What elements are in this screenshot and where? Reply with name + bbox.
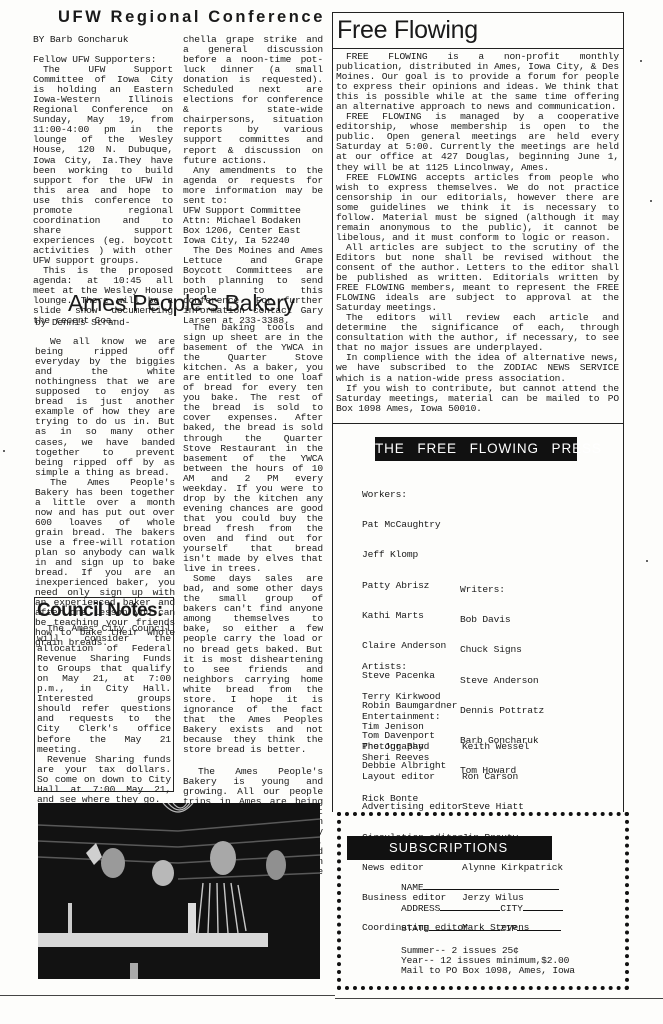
zip-blank[interactable] (517, 922, 561, 931)
ff-paragraph: FREE FLOWING is a non-profit monthly pub… (336, 52, 619, 112)
address-blank[interactable] (440, 902, 500, 911)
staff-name: Kathi Marts (362, 611, 457, 621)
ufw-headline: UFW Regional Conference (58, 8, 288, 27)
print-speck (650, 200, 652, 202)
workers-label: Workers: (362, 490, 457, 500)
ufw-article-col-2: chella grape strike and a general discus… (183, 35, 323, 326)
staff-name: Steve Anderson (460, 676, 544, 686)
ff-paragraph: In complience with the idea of alternati… (336, 353, 619, 383)
address-label: ADDRESS (401, 903, 440, 914)
name-blank[interactable] (423, 881, 559, 890)
state-label: STATE (401, 923, 429, 934)
ufw-article-col-1: BY Barb Goncharuk Fellow UFW Supporters:… (33, 35, 173, 326)
state-zip-fields[interactable]: STATEZIP (401, 922, 561, 934)
entertainment-label: Entertainment: (362, 712, 441, 722)
city-label: CITY (500, 903, 522, 914)
bakery-paragraph: The baking tools and sign up sheet are i… (183, 323, 323, 574)
ufw-paragraph: chella grape strike and a general discus… (183, 35, 323, 166)
ff-paragraph: All articles are subject to the scrutiny… (336, 243, 619, 313)
rate-line: Mail to PO Box 1098, Ames, Iowa (401, 966, 575, 976)
bakery-paragraph: We all know we are being ripped off ever… (35, 337, 175, 478)
press-staff-box: THE FREE FLOWING PRESS Workers: Pat McCa… (332, 424, 624, 812)
name-field[interactable]: NAME (401, 881, 559, 893)
council-paragraph: Revenue Sharing funds are your tax dolla… (37, 755, 171, 805)
ff-paragraph: If you wish to contribute, but cannot at… (336, 384, 619, 414)
press-banner: THE FREE FLOWING PRESS (375, 437, 577, 461)
state-blank[interactable] (429, 922, 500, 931)
ff-paragraph: FREE FLOWING accepts articles from peopl… (336, 173, 619, 243)
bottom-rule-right (335, 998, 663, 999)
staff-name: Pat McCaughtry (362, 520, 457, 530)
bakery-group-photo (38, 803, 320, 979)
council-notes-box: Council Notes: The Ames City Council wil… (34, 597, 174, 792)
council-paragraph: The Ames City Council will consider the … (37, 624, 171, 755)
name-label: NAME (401, 882, 423, 893)
zip-label: ZIP (500, 923, 517, 934)
role-row: Layout editorRon Carson (362, 772, 563, 782)
role-row: PhotographyKeith Wessel (362, 742, 563, 752)
bakery-headline: Ames People’s Bakery (68, 290, 295, 317)
subscription-coupon: SUBSCRIPTIONS NAME ADDRESSCITY STATEZIP … (337, 812, 629, 990)
address-city-fields[interactable]: ADDRESSCITY (401, 902, 563, 914)
writers-label: Writers: (460, 585, 544, 595)
ff-paragraph: FREE FLOWING is managed by a cooperative… (336, 112, 619, 172)
role-row: Advertising editorSteve Hiatt (362, 802, 563, 812)
bakery-paragraph: Some days sales are bad, and some other … (183, 574, 323, 755)
print-speck (640, 60, 642, 62)
city-blank[interactable] (523, 902, 563, 911)
print-speck (646, 560, 648, 562)
print-speck (3, 450, 5, 452)
free-flowing-box: Free Flowing FREE FLOWING is a non-profi… (332, 12, 624, 424)
staff-name: Bob Davis (460, 615, 544, 625)
staff-name: Chuck Signs (460, 645, 544, 655)
ff-paragraph: The editors will review each article and… (336, 313, 619, 353)
staff-name: Dennis Pottratz (460, 706, 544, 716)
ufw-paragraph: Any amendments to the agenda or requests… (183, 166, 323, 206)
bakery-byline: by Dennis Strand- (35, 318, 175, 328)
photo-image (38, 803, 320, 979)
subscriptions-banner: SUBSCRIPTIONS (347, 836, 552, 860)
staff-name: Patty Abrisz (362, 581, 457, 591)
ufw-byline: BY Barb Goncharuk (33, 35, 173, 45)
bottom-rule-left (0, 995, 335, 996)
staff-name: Jeff Klomp (362, 550, 457, 560)
council-notes-headline: Council Notes: (37, 600, 171, 622)
ufw-paragraph: The UFW Support Committee of Iowa City i… (33, 65, 173, 266)
subscription-rates: Summer-- 2 issues 25¢ Year-- 12 issues m… (401, 946, 575, 976)
artists-label: Artists: (362, 662, 441, 672)
free-flowing-headline: Free Flowing (333, 13, 623, 49)
